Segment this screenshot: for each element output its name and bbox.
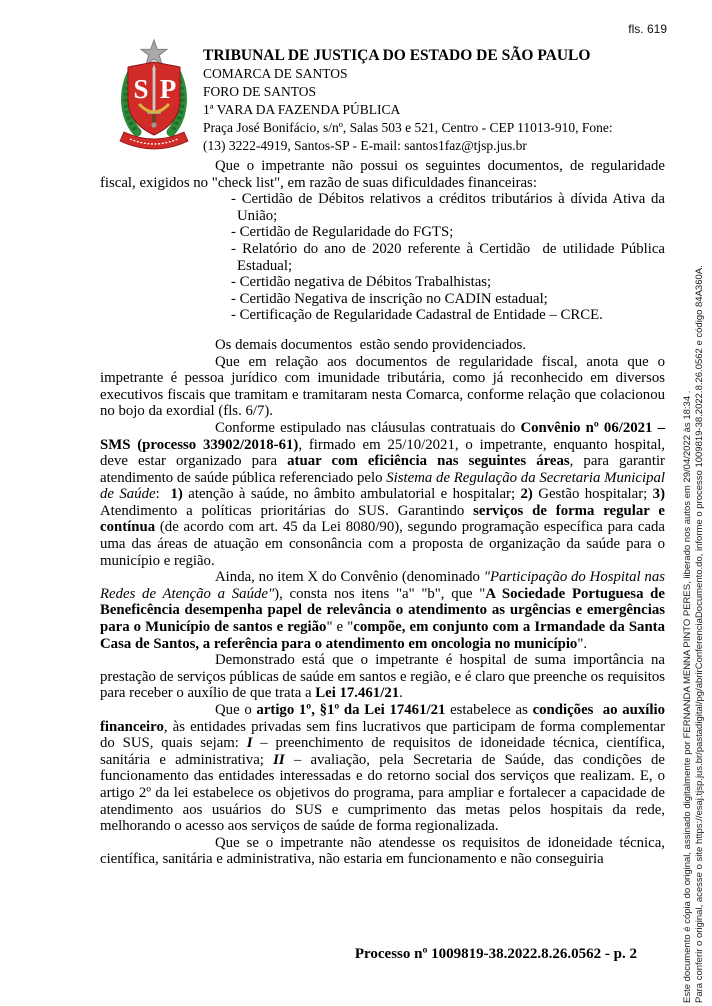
paragraph: - Certidão Negativa de inscrição no CADI…	[100, 291, 665, 308]
svg-text:S: S	[133, 74, 148, 104]
vara-line: 1ª VARA DA FAZENDA PÚBLICA	[203, 101, 613, 119]
paragraph: Demonstrado está que o impetrante é hosp…	[100, 652, 665, 702]
paragraph: Que o artigo 1º, §1º da Lei 17461/21 est…	[100, 702, 665, 835]
process-footer: Processo nº 1009819-38.2022.8.26.0562 - …	[100, 946, 637, 963]
svg-text:P: P	[160, 74, 177, 104]
court-name: TRIBUNAL DE JUSTIÇA DO ESTADO DE SÃO PAU…	[203, 46, 613, 65]
digital-signature-sidebar: Este documento é cópia do original, assi…	[682, 0, 706, 1006]
paragraph: - Certidão de Débitos relativos a crédit…	[100, 191, 665, 224]
phone-email-line: (13) 3222-4919, Santos-SP - E-mail: sant…	[203, 137, 613, 155]
paragraph: - Relatório do ano de 2020 referente à C…	[100, 241, 665, 274]
paragraph: Os demais documentos estão sendo provide…	[100, 337, 665, 354]
comarca-line: COMARCA DE SANTOS	[203, 65, 613, 83]
foro-line: FORO DE SANTOS	[203, 83, 613, 101]
paragraph: - Certidão de Regularidade do FGTS;	[100, 224, 665, 241]
paragraph: Que se o impetrante não atendesse os req…	[100, 835, 665, 868]
letterhead: S P TRIBUNAL DE JUSTIÇA DO ESTADO DE SÃO…	[118, 38, 613, 158]
paragraph: Que em relação aos documentos de regular…	[100, 354, 665, 420]
paragraph: - Certidão negativa de Débitos Trabalhis…	[100, 274, 665, 291]
document-page: fls. 619 S P TRI	[0, 0, 712, 1006]
folio-number: fls. 619	[628, 22, 667, 36]
star-shape	[141, 40, 167, 65]
address-line: Praça José Bonifácio, s/nº, Salas 503 e …	[203, 119, 613, 137]
letterhead-text: TRIBUNAL DE JUSTIÇA DO ESTADO DE SÃO PAU…	[203, 38, 613, 155]
paragraph: - Certificação de Regularidade Cadastral…	[100, 307, 665, 324]
sao-paulo-coat-of-arms-icon: S P	[118, 38, 190, 158]
signature-line-2: Para conferir o original, acesse o site …	[694, 0, 706, 1003]
signature-line-1: Este documento é cópia do original, assi…	[682, 0, 694, 1003]
digital-signature-text: Este documento é cópia do original, assi…	[682, 0, 705, 1006]
paragraph: Ainda, no item X do Convênio (denominado…	[100, 569, 665, 652]
body-paragraphs: Que o impetrante não possui os seguintes…	[100, 158, 665, 868]
paragraph: Conforme estipulado nas cláusulas contra…	[100, 420, 665, 569]
paragraph: Que o impetrante não possui os seguintes…	[100, 158, 665, 191]
